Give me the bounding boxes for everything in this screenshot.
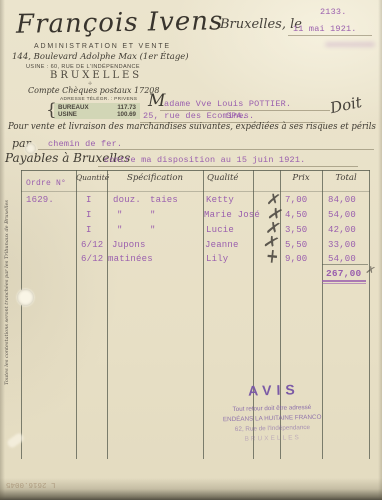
row-spec-a: Jupons: [112, 240, 146, 250]
row-total: 84,00: [328, 195, 356, 205]
row-price: 3,50: [285, 225, 307, 235]
row-price: 5,50: [285, 240, 307, 250]
total-double-underline: [322, 283, 366, 284]
stamp-line-return: Tout retour doit être adressé: [216, 404, 328, 414]
hole-punch: [17, 289, 34, 306]
ref-number: 2133.: [320, 7, 347, 17]
row-spec-a: ": [117, 210, 123, 220]
dateline-typed: 11 mai 1921.: [293, 24, 357, 34]
grand-total: 267,00: [326, 268, 361, 279]
shipping-rule: [38, 149, 374, 150]
telegraph-address: ADRESSE TÉLÉGR. : PRIVENS: [60, 97, 137, 102]
payable-rule: [98, 166, 358, 167]
row-spec-a: matinées: [108, 254, 153, 264]
col-total-header: Total: [322, 173, 370, 183]
company-city: BRUXELLES: [50, 70, 142, 81]
shipping-method: chemin de fer.: [48, 139, 122, 149]
order-number: 1629.: [26, 195, 54, 205]
row-qty: 6/12: [81, 240, 103, 250]
stamp-line-city: BRUXELLES: [217, 434, 329, 444]
row-qty: I: [86, 195, 92, 205]
scan-shadow-right: [378, 0, 382, 500]
row-price: 7,00: [285, 195, 307, 205]
stamp-line-street: 62, Rue de l'Indépendance: [216, 424, 328, 434]
postal-account: Compte Chèques postaux 17208: [28, 86, 159, 95]
avis-stamp: AVIS Tout retour doit être adressé ENDÉA…: [215, 381, 329, 444]
col-qualite-header: Qualité: [207, 173, 238, 183]
recipient-city: SPA.: [226, 111, 247, 121]
row-qty: 6/12: [81, 254, 103, 264]
row-total: 54,00: [328, 254, 356, 264]
table-line-2: [107, 170, 108, 459]
row-price: 4,50: [285, 210, 307, 220]
paper-scratch: [6, 432, 25, 449]
phone-usine-label: USINE: [58, 111, 77, 118]
company-address-factory: USINE : 60, RUE DE L'INDÉPENDANCE: [26, 64, 140, 70]
row-quality: Lucie: [206, 225, 234, 235]
pencil-mark-icon: +: [265, 243, 280, 268]
stamp-line-delay: ENDÉANS LA HUITAINE FRANCO: [216, 414, 328, 424]
phone-bureaux-number: 117.73: [117, 104, 136, 111]
col-quantite-header: Quantité: [76, 173, 107, 182]
row-total: 54,00: [328, 210, 356, 220]
table-line-1: [76, 170, 77, 459]
row-spec-b: ": [150, 225, 156, 235]
row-price: 9,00: [285, 254, 307, 264]
table-border-right: [369, 170, 370, 459]
row-quality: Lily: [206, 254, 228, 264]
row-qty: I: [86, 210, 92, 220]
date-rule: [288, 35, 372, 36]
table-header-separator: [21, 191, 370, 192]
row-qty: I: [86, 225, 92, 235]
col-specification-header: Spécification: [107, 173, 203, 183]
hole-punch: [25, 143, 36, 154]
ink-smudge: [325, 42, 375, 47]
dateline-printed: Bruxelles, le: [220, 17, 302, 32]
phone-bureaux-label: BUREAUX: [58, 104, 89, 111]
pencil-check-icon: ✗: [364, 263, 377, 278]
payable-terms: contre ma disposition au 15 juin 1921.: [104, 155, 305, 165]
row-spec-a: ": [117, 225, 123, 235]
company-subtitle: ADMINISTRATION ET VENTE: [34, 43, 171, 50]
row-quality: Ketty: [206, 195, 234, 205]
row-quality: Jeanne: [205, 240, 239, 250]
scan-shadow-bottom: [0, 478, 382, 500]
row-spec-b: taies: [150, 195, 178, 205]
telephone-box: BUREAUX 117.73 USINE 100.69: [54, 103, 140, 119]
row-total: 33,00: [328, 240, 356, 250]
company-address-office: 144, Boulevard Adolphe Max (1er Étage): [12, 52, 189, 62]
doit-label: Doit: [328, 93, 363, 117]
total-rule: [322, 264, 368, 265]
stamp-title: AVIS: [215, 381, 327, 400]
row-spec-b: ": [150, 210, 156, 220]
row-quality: Marie José: [204, 210, 260, 220]
col-prix-header: Prix: [280, 173, 322, 183]
recipient-name: adame Vve Louis POTTIER.: [164, 99, 291, 109]
terms-line: Pour vente et livraison des marchandises…: [8, 122, 376, 132]
recipient-salutation: M: [148, 91, 165, 111]
table-border-left: [21, 170, 22, 459]
total-double-underline: [322, 280, 366, 282]
row-spec-a: douz.: [113, 195, 141, 205]
row-total: 42,00: [328, 225, 356, 235]
scan-shadow-left: [0, 0, 5, 500]
phone-usine-number: 100.69: [117, 111, 136, 118]
table-top-border: [21, 170, 370, 171]
invoice-scan: François Ivens ADMINISTRATION ET VENTE 1…: [0, 0, 382, 500]
order-label: Ordre N°: [26, 179, 66, 188]
company-name: François Ivens: [16, 6, 224, 40]
